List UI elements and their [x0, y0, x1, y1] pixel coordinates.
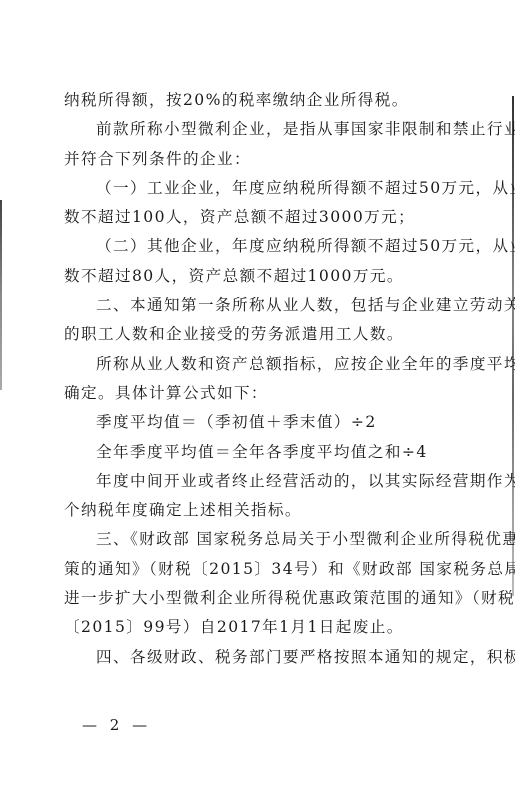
document-body: 纳税所得额，按20%的税率缴纳企业所得税。 前款所称小型微利企业，是指从事国家非… — [64, 89, 502, 675]
paragraph-indicators: 所称从业人数和资产总额指标，应按企业全年的季度平均值 — [64, 353, 502, 382]
line-continuation: 数不超过100人，资产总额不超过3000万元； — [64, 206, 502, 235]
formula-annual-quarterly-average: 全年季度平均值＝全年各季度平均值之和÷4 — [64, 441, 502, 470]
line-continuation: 确定。具体计算公式如下： — [64, 382, 502, 411]
line-continuation: 纳税所得额，按20%的税率缴纳企业所得税。 — [64, 89, 502, 118]
section-four-heading: 四、各级财政、税务部门要严格按照本通知的规定，积极做 — [64, 646, 502, 675]
item-other-enterprise: （二）其他企业，年度应纳税所得额不超过50万元，从业人 — [64, 235, 502, 264]
line-continuation: 并符合下列条件的企业： — [64, 148, 502, 177]
document-page: 纳税所得额，按20%的税率缴纳企业所得税。 前款所称小型微利企业，是指从事国家非… — [0, 0, 515, 800]
paragraph-small-enterprise-definition: 前款所称小型微利企业，是指从事国家非限制和禁止行业， — [64, 118, 502, 147]
page-number: — 2 — — [82, 716, 151, 734]
section-three-heading: 三、《财政部 国家税务总局关于小型微利企业所得税优惠政 — [64, 528, 502, 557]
line-continuation: 的职工人数和企业接受的劳务派遣用工人数。 — [64, 323, 502, 352]
formula-quarterly-average: 季度平均值＝（季初值＋季末值）÷2 — [64, 411, 502, 440]
line-continuation: 策的通知》（财税〔2015〕34号）和《财政部 国家税务总局关于 — [64, 558, 502, 587]
item-industrial-enterprise: （一）工业企业，年度应纳税所得额不超过50万元，从业人 — [64, 177, 502, 206]
line-continuation: 〔2015〕99号）自2017年1月1日起废止。 — [64, 616, 502, 645]
scan-edge-left — [0, 200, 2, 390]
scan-edge-right — [512, 96, 514, 596]
line-continuation: 数不超过80人，资产总额不超过1000万元。 — [64, 265, 502, 294]
line-continuation: 个纳税年度确定上述相关指标。 — [64, 499, 502, 528]
line-continuation: 进一步扩大小型微利企业所得税优惠政策范围的通知》（财税 — [64, 587, 502, 616]
section-two-heading: 二、本通知第一条所称从业人数，包括与企业建立劳动关系 — [64, 294, 502, 323]
paragraph-mid-year: 年度中间开业或者终止经营活动的，以其实际经营期作为一 — [64, 470, 502, 499]
